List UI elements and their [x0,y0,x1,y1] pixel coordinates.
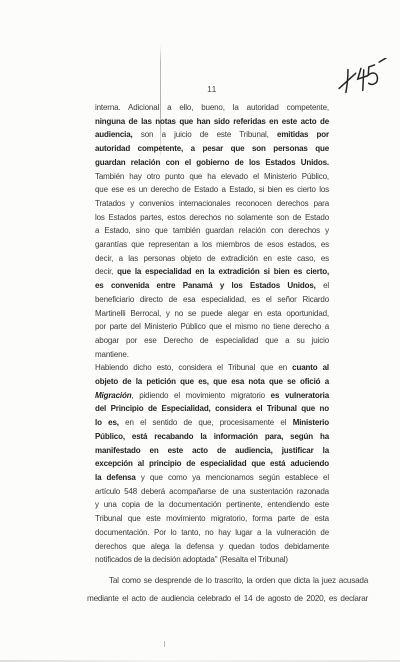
text-line: Tribunal que este movimiento migratorio,… [95,512,329,526]
text-line: artículo 548 deberá acompañarse de una s… [95,485,329,499]
text-run: abogar por ese Derecho de especialidad q… [95,336,329,345]
text-run: documentación. Por lo tanto, no hay luga… [95,528,329,537]
text-run: y que como ya mencionamos según establec… [136,473,329,482]
text-line: documentación. Por lo tanto, no hay luga… [95,526,329,540]
text-line: es convenida entre Panamá y los Estados … [95,279,329,293]
text-line: que ese es un derecho de Estado a Estado… [95,183,329,197]
text-line: Tal como se desprende de lo trascrito, l… [87,572,368,590]
text-line: ninguna de las notas que han sido referi… [95,115,329,129]
text-run: audiencia, [95,130,133,139]
text-line: guardan relación con el gobierno de los … [95,156,329,170]
text-run: Martinelli Berrocal, y no se puede alega… [95,309,329,318]
text-line: excepción al principio de especialidad q… [95,457,329,471]
text-line: lo es, en el sentido de que, procesisame… [95,416,329,430]
text-run: Migración [95,391,131,400]
text-run: artículo 548 deberá acompañarse de una s… [95,487,329,496]
text-run: Público, está recabando la información p… [95,432,329,441]
text-line: Tratados y convenios internacionales rec… [95,197,329,211]
text-line: audiencia, son a juicio de este Tribunal… [95,128,329,142]
handwritten-mark [332,58,396,106]
text-run: guardan relación con el gobierno de los … [95,158,329,167]
text-line: mediante el acto de audiencia celebrado … [87,590,368,608]
text-run: decir, a las personas objeto de extradic… [95,254,329,263]
text-run: los Estados partes, estos derechos no so… [95,213,329,222]
text-line: Martinelli Berrocal, y no se puede alega… [95,307,329,321]
text-run: interna. Adicional a ello, bueno, la aut… [95,103,329,112]
text-run: excepción al principio de especialidad q… [95,459,329,468]
text-run: mantiene. [95,350,129,359]
text-run: emitidas por [277,130,329,139]
text-run: decir, [95,267,117,276]
text-run: derechos que alega la defensa y quedan t… [95,542,329,551]
text-run: garantías que representan a los miembros… [95,240,329,249]
text-line: los Estados partes, estos derechos no so… [95,211,329,225]
text-run: Habiendo dicho esto, considera el Tribun… [95,363,292,372]
text-line: interna. Adicional a ello, bueno, la aut… [95,101,329,115]
text-line: decir, a las personas objeto de extradic… [95,252,329,266]
text-run: la defensa [95,473,136,482]
text-run: Ministerio [293,418,329,427]
text-line: beneficiario directo de esa especialidad… [95,293,329,307]
page-number: 11 [95,84,329,94]
text-run: es convenida entre Panamá y los Estados … [95,281,316,290]
document-page: 11 interna. Adicional a ello, bueno, la … [0,0,400,662]
text-run: el [316,281,329,290]
text-run: mediante el acto de audiencia celebrado … [87,594,368,603]
text-run: que ese es un derecho de Estado a Estado… [95,185,329,194]
text-run: es vulneratoria [271,391,329,400]
text-line: decir, que la especialidad en la extradi… [95,265,329,279]
text-line: manifestado en este acto de audiencia, j… [95,444,329,458]
text-line: Habiendo dicho esto, considera el Tribun… [95,361,329,375]
text-run: manifestado en este acto de audiencia, j… [95,446,329,455]
text-run: ninguna de las notas que han sido referi… [95,117,329,126]
text-run: y una copia de la documentación pertinen… [95,500,329,509]
text-run: , pidiendo el movimiento migratorio [131,391,270,400]
text-line: y una copia de la documentación pertinen… [95,498,329,512]
text-run: a Estado, sino que también guardan relac… [95,226,329,235]
text-line: autoridad competente, a pesar que son pe… [95,142,329,156]
text-run: notificados de la decisión adoptada" (Re… [95,555,288,564]
text-line: También hay otro punto que ha elevado el… [95,170,329,184]
text-line: del Principio de Especialidad, considera… [95,402,329,416]
text-line: garantías que representan a los miembros… [95,238,329,252]
text-run: por parte del Ministerio Público que el … [95,322,329,331]
text-line: Público, está recabando la información p… [95,430,329,444]
text-line: a Estado, sino que también guardan relac… [95,224,329,238]
text-run: Tribunal que este movimiento migratorio,… [95,514,329,523]
text-run: Tal como se desprende de lo trascrito, l… [109,576,368,585]
text-run: cuanto al [292,363,329,372]
text-line: derechos que alega la defensa y quedan t… [95,540,329,554]
text-run: autoridad competente, a pesar que son pe… [95,144,329,153]
text-run: También hay otro punto que ha elevado el… [95,172,329,181]
text-line: Migración, pidiendo el movimiento migrat… [95,389,329,403]
text-run: en el sentido de que, procesisamente el [119,418,293,427]
closing-paragraph: Tal como se desprende de lo trascrito, l… [87,572,368,607]
text-line: abogar por ese Derecho de especialidad q… [95,334,329,348]
text-line: por parte del Ministerio Público que el … [95,320,329,334]
text-line: mantiene. [95,348,329,362]
text-run: lo es, [95,418,119,427]
quote-block: interna. Adicional a ello, bueno, la aut… [95,101,329,567]
text-run: Tratados y convenios internacionales rec… [95,199,329,208]
text-run: que la especialidad en la extradición si… [117,267,329,276]
text-run: del Principio de Especialidad, considera… [95,404,329,413]
scan-artifact-tick [164,641,165,647]
text-line: la defensa y que como ya mencionamos seg… [95,471,329,485]
text-run: son a juicio de este Tribunal, [133,130,277,139]
text-line: objeto de la petición que es, que esa no… [95,375,329,389]
text-run: beneficiario directo de esa especialidad… [95,295,329,304]
text-run: objeto de la petición que es, que esa no… [95,377,329,386]
text-line: notificados de la decisión adoptada" (Re… [95,553,329,567]
